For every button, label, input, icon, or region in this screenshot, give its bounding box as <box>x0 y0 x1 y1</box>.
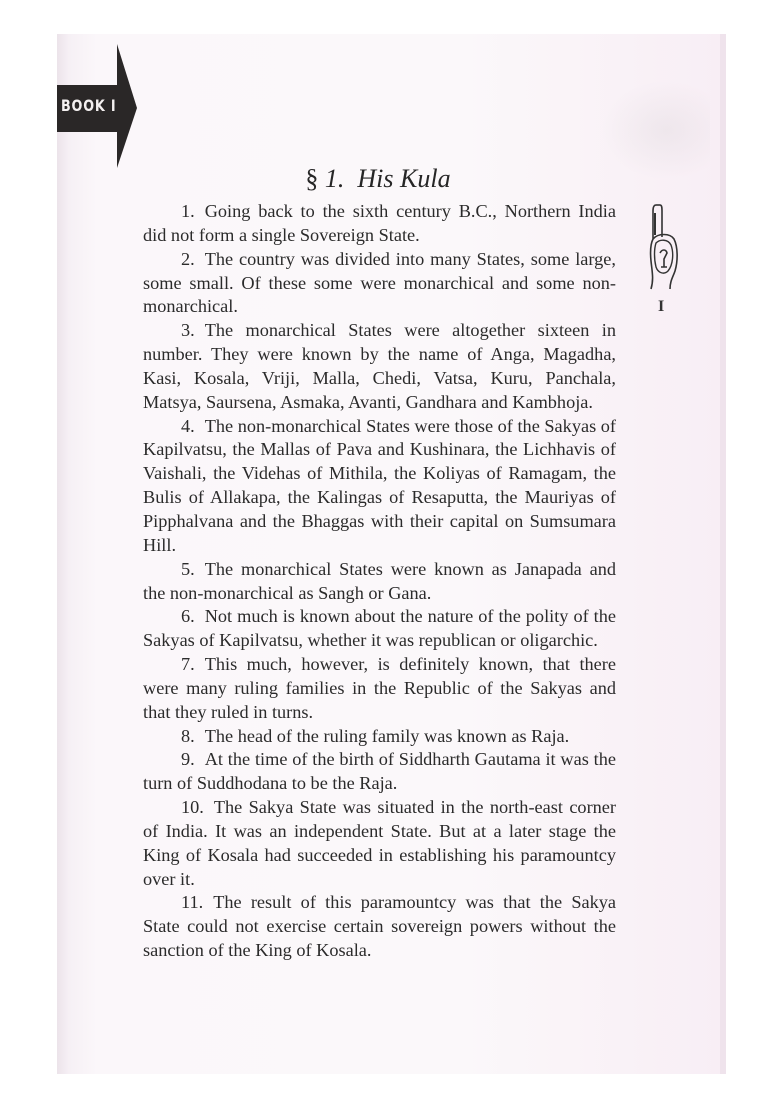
paragraph-text: The non-monarchical States were those of… <box>143 416 616 555</box>
paragraph-text: At the time of the birth of Siddharth Ga… <box>143 749 616 793</box>
paragraph-number: 5. <box>181 559 195 579</box>
paragraph-number: 3. <box>181 320 195 340</box>
paragraph: 11.The result of this paramountcy was th… <box>143 891 616 963</box>
paragraph: 3.The monarchical States were altogether… <box>143 319 616 414</box>
paragraph: 8.The head of the ruling family was know… <box>143 725 616 749</box>
paragraph-text: The country was divided into many States… <box>143 249 616 317</box>
book-label: BOOK I <box>61 96 116 115</box>
paragraph-number: 1. <box>181 201 195 221</box>
paragraph-number: 6. <box>181 606 195 626</box>
paragraph-number: 11. <box>181 892 203 912</box>
paragraph: 10.The Sakya State was situated in the n… <box>143 796 616 891</box>
margin-figure-label: I <box>658 298 664 316</box>
paragraph: 5.The monarchical States were known as J… <box>143 558 616 606</box>
paragraph: 2.The country was divided into many Stat… <box>143 248 616 320</box>
section-number: 1. <box>325 164 345 193</box>
section-symbol: § <box>305 164 318 193</box>
paragraph: 1.Going back to the sixth century B.C., … <box>143 200 616 248</box>
paragraph: 4.The non-monarchical States were those … <box>143 415 616 558</box>
paragraph-number: 7. <box>181 654 195 674</box>
raised-finger-hand-icon <box>648 203 684 295</box>
paragraph-text: Going back to the sixth century B.C., No… <box>143 201 616 245</box>
paragraph-number: 2. <box>181 249 195 269</box>
paragraph-number: 8. <box>181 726 195 746</box>
paragraph-text: Not much is known about the nature of th… <box>143 606 616 650</box>
paragraph: 7.This much, however, is definitely know… <box>143 653 616 725</box>
section-title: § 1. His Kula <box>130 164 626 194</box>
paragraph-number: 9. <box>181 749 195 769</box>
paragraph-number: 4. <box>181 416 195 436</box>
paragraph: 6.Not much is known about the nature of … <box>143 605 616 653</box>
paragraph-text: The monarchical States were known as Jan… <box>143 559 616 603</box>
paragraph-number: 10. <box>181 797 204 817</box>
paragraph-text: This much, however, is definitely known,… <box>143 654 616 722</box>
section-name: His Kula <box>357 164 450 193</box>
paragraph-text: The result of this paramountcy was that … <box>143 892 616 960</box>
paragraph-text: The Sakya State was situated in the nort… <box>143 797 616 889</box>
paragraph-text: The head of the ruling family was known … <box>205 726 570 746</box>
paragraph-text: The monarchical States were altogether s… <box>143 320 616 412</box>
body-text: 1.Going back to the sixth century B.C., … <box>143 200 616 963</box>
paragraph: 9.At the time of the birth of Siddharth … <box>143 748 616 796</box>
page-edge <box>720 34 726 1074</box>
